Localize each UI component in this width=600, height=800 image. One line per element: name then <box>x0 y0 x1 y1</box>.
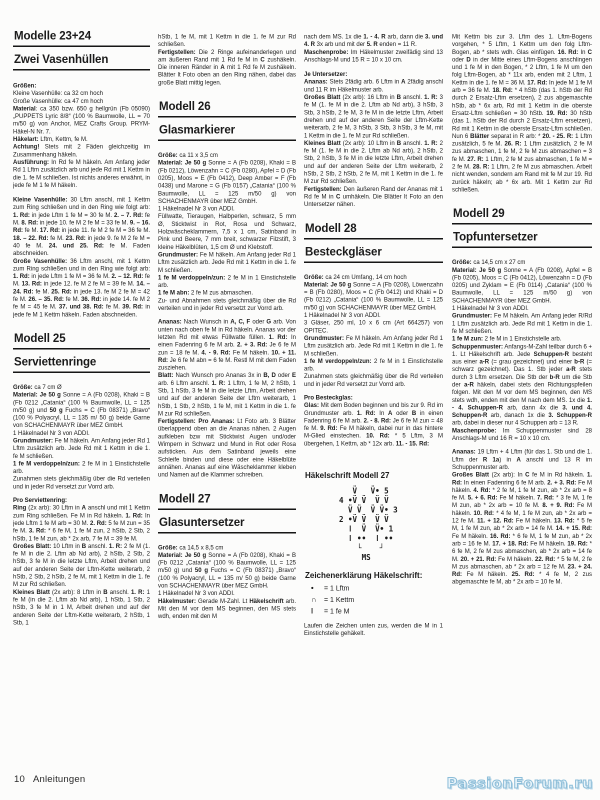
chart-row: 4 •V̈ V̈ V̈ V̈ <box>339 496 443 506</box>
text-column-4: Mit Kettm bis zur 3. Lftm des 1. Lftm-Bo… <box>452 28 592 798</box>
section-heading: Glasmarkierer <box>158 122 296 141</box>
watermark: PassionForum.ru <box>447 776 593 792</box>
spacer <box>304 208 443 220</box>
section-heading: Topfuntersetzer <box>452 229 592 248</box>
paragraph: Ananas: 19 Lftm + 4 Lftm (für das 1. Stb… <box>452 448 592 586</box>
paragraph: Je Untersetzer:Ananas: Stets 2fädig arb.… <box>304 71 443 209</box>
paragraph: Größe: ca 14,5 x 8,5 cmMaterial: Je 50 g… <box>158 544 296 620</box>
section-heading: Serviettenringe <box>13 354 150 373</box>
crochet-chart: V̈ V̈• 54 •V̈ V̈ V̈ V̈ V̈ V̈ V̈ V̈• 32 •… <box>304 487 443 563</box>
page-number: 10 <box>14 774 25 785</box>
paragraph: Pro Serviettenring:Ring (2x arb): 30 Lft… <box>13 497 150 627</box>
section-heading: Modell 29 <box>452 206 592 225</box>
paragraph: Kleine Vasenhülle: 30 Lftm anschl, mit 1… <box>13 196 150 318</box>
paragraph: Größe: ca 11 x 3,5 cmMaterial: Je 50 g S… <box>158 152 296 313</box>
paragraph: Größe: ca 24 cm Umfang, 14 cm hochMateri… <box>304 273 443 388</box>
section-heading: Zwei Vasenhüllen <box>13 52 150 71</box>
section-heading: Modelle 23+24 <box>13 28 150 47</box>
paragraph: Ananas: Nach Wunsch in A, C, F oder G ar… <box>158 318 296 479</box>
paragraph: Pro Besteckglas:Glas: Mit dem Boden begi… <box>304 394 443 448</box>
section-heading: Modell 28 <box>304 220 443 239</box>
section-heading: Besteckgläser <box>304 244 443 263</box>
paragraph: nach dem MS. 1x die 1. - 4. R arb, dann … <box>304 33 443 64</box>
legend-symbol: • <box>311 583 324 595</box>
legend-text: = 1 fe M <box>324 607 349 615</box>
text-column-1: Modelle 23+24Zwei VasenhüllenGrößen:Klei… <box>13 28 150 798</box>
magazine-page: Modelle 23+24Zwei VasenhüllenGrößen:Klei… <box>0 0 600 800</box>
paragraph: Größe: ca 7 cm ØMaterial: Je 50 g Sonne … <box>13 383 150 490</box>
paragraph: Größe: ca 14,5 cm x 27 cmMaterial: Je 50… <box>452 259 592 443</box>
sub-heading: Zeichenerklärung Häkelschrift: <box>305 572 443 581</box>
chart-row: V̈ V̈ V̈ V̈• 3 <box>339 506 443 516</box>
paragraph: hStb, 1 fe M, mit 1 Kettm in die 1. fe M… <box>158 33 296 87</box>
legend-item: ǀ= 1 fe M <box>311 606 443 618</box>
chart-row: 2 •V̈ V̈ V̈ V̈ <box>339 515 443 525</box>
section-heading: Modell 27 <box>158 491 296 510</box>
chart-row: MS <box>339 553 443 563</box>
legend-text: = 1 Kettm <box>324 596 354 604</box>
spacer <box>304 448 443 470</box>
legend-text: = 1 Lftm <box>324 584 349 592</box>
spacer <box>13 75 150 82</box>
page-footer: 10Anleitungen <box>14 774 85 785</box>
legend-item: ∩= 1 Kettm <box>311 594 443 606</box>
section-heading: Modell 25 <box>13 330 150 349</box>
spacer <box>13 318 150 330</box>
legend-item: •= 1 Lftm <box>311 583 443 595</box>
section-heading: Glasuntersetzer <box>158 514 296 533</box>
sub-heading: Häkelschrift Modell 27 <box>305 472 443 481</box>
chart-legend: •= 1 Lftm∩= 1 Kettmǀ= 1 fe M <box>304 583 443 618</box>
text-column-3: nach dem MS. 1x die 1. - 4. R arb, dann … <box>304 28 443 798</box>
chart-row: ǀ V̈ V̈• 1 <box>339 525 443 535</box>
chart-row: V̈ V̈• 5 <box>339 487 443 497</box>
spacer <box>158 479 296 491</box>
paragraph: Mit Kettm bis zur 3. Lftm des 1. Lftm-Bo… <box>452 33 592 194</box>
chart-row: └ ┘ <box>339 544 443 554</box>
chart-row: ǀ •• ǀ •• <box>339 534 443 544</box>
spacer <box>13 189 150 196</box>
footer-label: Anleitungen <box>33 774 85 785</box>
legend-symbol: ǀ <box>311 606 324 618</box>
section-heading: Modell 26 <box>158 99 296 118</box>
spacer <box>304 64 443 71</box>
paragraph: Größen:Kleine Vasenhülle: ca 32 cm hochG… <box>13 82 150 189</box>
spacer <box>158 87 296 99</box>
spacer <box>304 563 443 570</box>
paragraph: Laufen die Zeichen unten zus, werden die… <box>304 622 443 637</box>
text-column-2: hStb, 1 fe M, mit 1 Kettm in die 1. fe M… <box>158 28 296 798</box>
spacer <box>452 194 592 206</box>
legend-symbol: ∩ <box>311 594 324 606</box>
